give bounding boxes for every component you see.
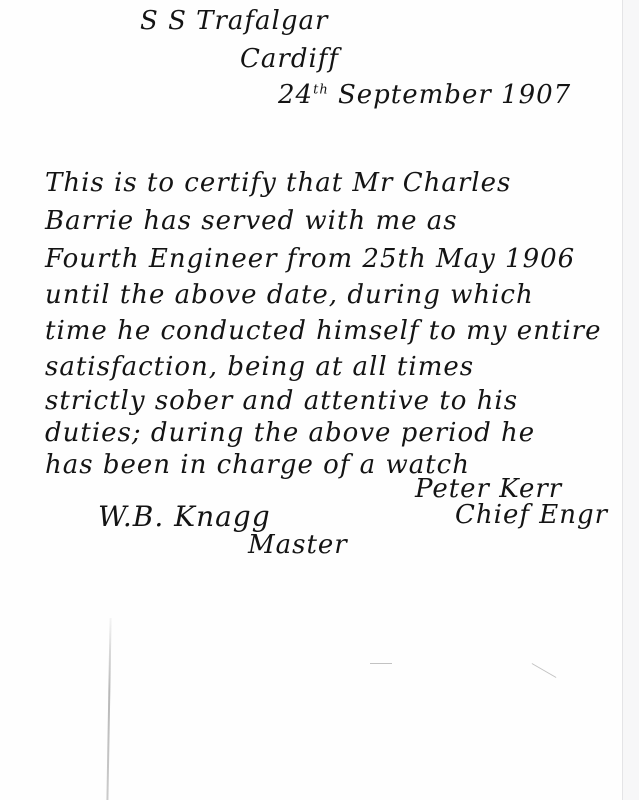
body-line: Barrie has served with me as	[45, 206, 458, 236]
master-title: Master	[248, 530, 348, 560]
body-line: This is to certify that Mr Charles	[45, 168, 511, 198]
date-day: 24	[278, 80, 313, 110]
chief-engineer-title: Chief Engr	[455, 500, 608, 530]
master-signature: W.B. Knagg	[98, 500, 271, 533]
smudge-mark	[370, 663, 392, 664]
scan-margin	[623, 0, 639, 800]
body-line: satisfaction, being at all times	[45, 352, 474, 382]
body-line: strictly sober and attentive to his	[45, 386, 518, 416]
scanned-page: S S Trafalgar Cardiff 24th September 190…	[0, 0, 639, 800]
ship-name: S S Trafalgar	[140, 6, 328, 36]
body-line: time he conducted himself to my entire	[45, 316, 601, 346]
body-line: until the above date, during which	[45, 280, 534, 310]
smudge-mark	[532, 663, 557, 678]
pencil-mark	[106, 618, 111, 800]
date-rest: September 1907	[338, 80, 571, 110]
paper-edge	[622, 0, 623, 800]
body-line: has been in charge of a watch	[45, 450, 470, 480]
body-line: duties; during the above period he	[45, 418, 535, 448]
place: Cardiff	[240, 44, 339, 74]
date-line: 24th September 1907	[278, 80, 571, 110]
date-suffix: th	[313, 82, 329, 97]
body-line: Fourth Engineer from 25th May 1906	[45, 244, 575, 274]
